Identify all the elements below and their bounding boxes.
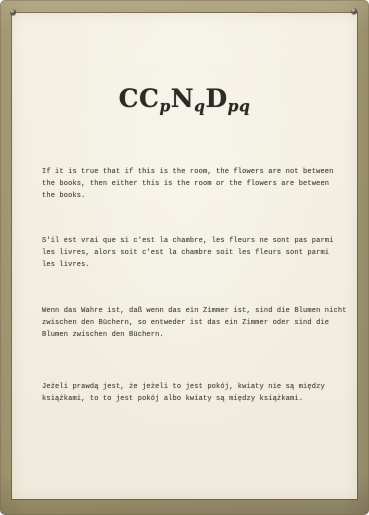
tack-icon-right: [351, 8, 357, 14]
formula-main-n: N: [171, 84, 194, 113]
formula-main-d: D: [205, 84, 227, 113]
paragraph-english: If it is true that if this is the room, …: [42, 166, 347, 202]
formula-main-cc: CC: [119, 84, 160, 113]
artwork-photo: CCpNqDpq If it is true that if this is t…: [0, 0, 369, 515]
paragraph-polish: Jeżeli prawdą jest, że jeżeli to jest po…: [42, 381, 347, 405]
paragraph-french: S'il est vrai que si c'est la chambre, l…: [42, 235, 347, 271]
formula-subscript-q: q: [194, 97, 205, 116]
logic-formula-title: CCpNqDpq: [12, 84, 357, 113]
formula-subscript-pq: pq: [228, 97, 251, 116]
formula-subscript-p: p: [159, 97, 170, 116]
tack-icon-left: [10, 9, 16, 15]
paragraph-german: Wenn das Wahre ist, daß wenn das ein Zim…: [42, 305, 347, 341]
paper-sheet: CCpNqDpq If it is true that if this is t…: [12, 13, 357, 499]
